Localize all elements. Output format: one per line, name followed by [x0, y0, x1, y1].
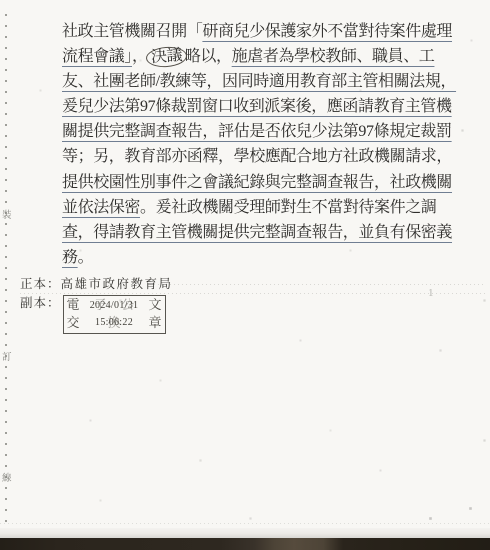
text-segment: 略以， — [185, 48, 232, 65]
underlined-text-segment: 研商兒少保護家外不當對待案件處理 — [202, 23, 452, 40]
text-segment: 。 — [78, 249, 94, 266]
body-line: 查，得請教育主管機關提供完整調查報告，並負有保密義 — [62, 220, 460, 245]
electronic-exchange-stamp: 電子公文 交換章 2024/01/31 15:06:22 — [63, 295, 166, 334]
scan-artifact-line — [20, 293, 486, 294]
stamp-date: 2024/01/31 — [72, 297, 157, 314]
underlined-text-segment: 提供校園性別事件之會議紀錄與完整調查報告，社政機關 — [62, 174, 452, 191]
text-segment: 。爰社政機關受理師對生不當對待案件之調 — [140, 199, 436, 216]
binding-mark-ding: 訂 — [2, 349, 12, 363]
desk-surface — [0, 538, 490, 550]
carbon-copy-label: 副本： — [20, 295, 61, 312]
underlined-text-segment: 友、社團老師/教練等，因同時適用教育部主管相關法規， — [62, 73, 456, 90]
body-line: 社政主管機關召開「研商兒少保護家外不當對待案件處理 — [62, 19, 460, 44]
underlined-text-segment: 並依法保密 — [62, 199, 140, 216]
carbon-copy-row: 副本： 電子公文 交換章 2024/01/31 15:06:22 — [20, 295, 173, 334]
underlined-text-segment: 爰兒少法第97條裁罰窗口收到派案後，應函請教育主管機 — [62, 98, 452, 115]
scan-artifact-line — [150, 284, 486, 285]
underlined-text-segment: 流程會議」 — [62, 48, 132, 65]
binding-mark-xian: 線 — [2, 470, 12, 484]
scanned-document-page: 裝 訂 線 社政主管機關召開「研商兒少保護家外不當對待案件處理 流程會議」，決議… — [0, 0, 490, 550]
binding-mark-zhuang: 裝 — [2, 207, 12, 221]
stamp-time: 15:06:22 — [72, 314, 157, 331]
circle-annotation: 決議 — [145, 46, 187, 69]
underlined-text-segment: 務 — [62, 249, 78, 266]
underlined-text-segment: 查，得請教育主管機關提供完整調查報告，並負有保密義 — [62, 224, 452, 241]
body-line: 並依法保密。爰社政機關受理師對生不當對待案件之調 — [62, 195, 460, 220]
text-segment: 社政主管機關召開「 — [62, 23, 202, 40]
body-line: 爰兒少法第97條裁罰窗口收到派案後，應函請教育主管機 — [62, 94, 460, 119]
body-line: 關提供完整調查報告，評估是否依兒少法第97條規定裁罰 — [62, 119, 460, 144]
scan-noise — [0, 0, 1, 1]
scan-artifact-line — [0, 523, 490, 524]
body-line: 友、社團老師/教練等，因同時適用教育部主管相關法規， — [62, 69, 460, 94]
body-line: 流程會議」，決議略以，施虐者為學校教師、職員、工 — [62, 44, 460, 69]
body-line: 提供校園性別事件之會議紀錄與完整調查報告，社政機關 — [62, 170, 460, 195]
body-line: 務。 — [62, 245, 460, 270]
original-copy-label: 正本： — [20, 276, 61, 293]
page-bottom-edge — [0, 528, 490, 538]
body-line: 等；另，教育部亦函釋，學校應配合地方社政機關請求， — [62, 144, 460, 169]
document-body: 社政主管機關召開「研商兒少保護家外不當對待案件處理 流程會議」，決議略以，施虐者… — [62, 19, 460, 270]
text-segment: 等；另，教育部亦函釋，學校應配合地方社政機關請求， — [62, 148, 452, 165]
underlined-text-segment: 施虐者為學校教師、職員、工 — [232, 48, 435, 65]
underlined-text-segment: 關提供完整調查報告，評估是否依兒少法第97條規定裁罰 — [62, 123, 452, 140]
binding-dash-line — [5, 14, 7, 522]
